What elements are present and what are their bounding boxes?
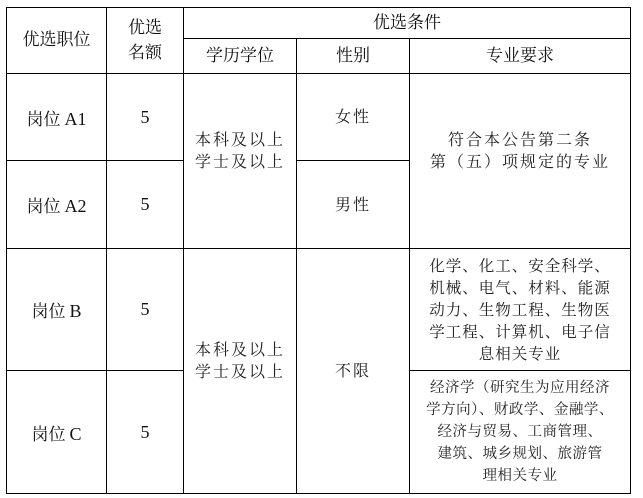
education-line2: 学士及以上 (184, 151, 296, 173)
header-quota-line2: 名额 (107, 41, 183, 66)
gender-cell-a2: 男性 (297, 161, 410, 249)
header-quota: 优选 名额 (107, 8, 184, 74)
major-c-line: 理相关专业 (410, 465, 630, 487)
major-c-line: 经济与贸易、工商管理、 (410, 421, 630, 443)
header-gender: 性别 (297, 39, 410, 74)
header-major: 专业要求 (410, 39, 631, 74)
header-position: 优选职位 (7, 8, 107, 74)
major-b-line: 息相关专业 (410, 343, 630, 365)
header-conditions-label: 优选条件 (373, 13, 441, 33)
education-line1: 本科及以上 (184, 129, 296, 151)
position-cell-b: 岗位B (7, 249, 107, 371)
major-cell-c: 经济学（研究生为应用经济 学方向）、财政学、金融学、 经济与贸易、工商管理、 建… (410, 371, 631, 494)
major-b-line: 化学、化工、安全科学、 (410, 255, 630, 277)
position-code: C (69, 424, 81, 444)
position-code: A2 (65, 196, 87, 216)
header-major-label: 专业要求 (486, 46, 554, 66)
education-line1: 本科及以上 (184, 339, 296, 361)
position-prefix: 岗位 (27, 197, 61, 217)
selection-table: 优选职位 优选 名额 优选条件 学历学位 性别 专业要求 (6, 7, 631, 494)
position-cell-a2: 岗位A2 (7, 161, 107, 249)
position-code: B (69, 301, 81, 321)
table-row-a1: 岗位A1 5 本科及以上 学士及以上 女性 符合本公告第二条 第（五）项规定的专… (7, 74, 631, 161)
major-c-line: 学方向）、财政学、金融学、 (410, 399, 630, 421)
quota-cell-c: 5 (107, 371, 184, 494)
position-cell-a1: 岗位A1 (7, 74, 107, 161)
major-a-line2: 第（五）项规定的专业 (410, 151, 630, 173)
gender-unrestricted: 不限 (335, 361, 371, 380)
major-b-line: 动力、生物工程、生物医 (410, 299, 630, 321)
gender-cell-a1: 女性 (297, 74, 410, 161)
major-cell-a: 符合本公告第二条 第（五）项规定的专业 (410, 74, 631, 249)
major-a-line1: 符合本公告第二条 (410, 129, 630, 151)
header-gender-label: 性别 (336, 46, 370, 66)
position-cell-c: 岗位C (7, 371, 107, 494)
education-cell-bc: 本科及以上 学士及以上 (184, 249, 297, 494)
major-c-line: 建筑、城乡规划、旅游管 (410, 443, 630, 465)
header-education-label: 学历学位 (206, 46, 274, 66)
quota-cell-a1: 5 (107, 74, 184, 161)
gender-cell-bc: 不限 (297, 249, 410, 494)
header-conditions: 优选条件 (184, 8, 631, 39)
header-education: 学历学位 (184, 39, 297, 74)
table-row-b: 岗位B 5 本科及以上 学士及以上 不限 化学、化工、安全科学、 机械、电气、材… (7, 249, 631, 371)
education-cell-a: 本科及以上 学士及以上 (184, 74, 297, 249)
position-prefix: 岗位 (31, 302, 65, 322)
position-prefix: 岗位 (27, 110, 61, 130)
position-code: A1 (65, 109, 87, 129)
education-line2: 学士及以上 (184, 361, 296, 383)
position-prefix: 岗位 (31, 425, 65, 445)
major-b-line: 学工程、计算机、电子信 (410, 321, 630, 343)
major-cell-b: 化学、化工、安全科学、 机械、电气、材料、能源 动力、生物工程、生物医 学工程、… (410, 249, 631, 371)
header-quota-line1: 优选 (107, 16, 183, 41)
major-b-line: 机械、电气、材料、能源 (410, 277, 630, 299)
quota-cell-b: 5 (107, 249, 184, 371)
quota-cell-a2: 5 (107, 161, 184, 249)
header-position-label: 优选职位 (23, 30, 91, 50)
major-c-line: 经济学（研究生为应用经济 (410, 377, 630, 399)
